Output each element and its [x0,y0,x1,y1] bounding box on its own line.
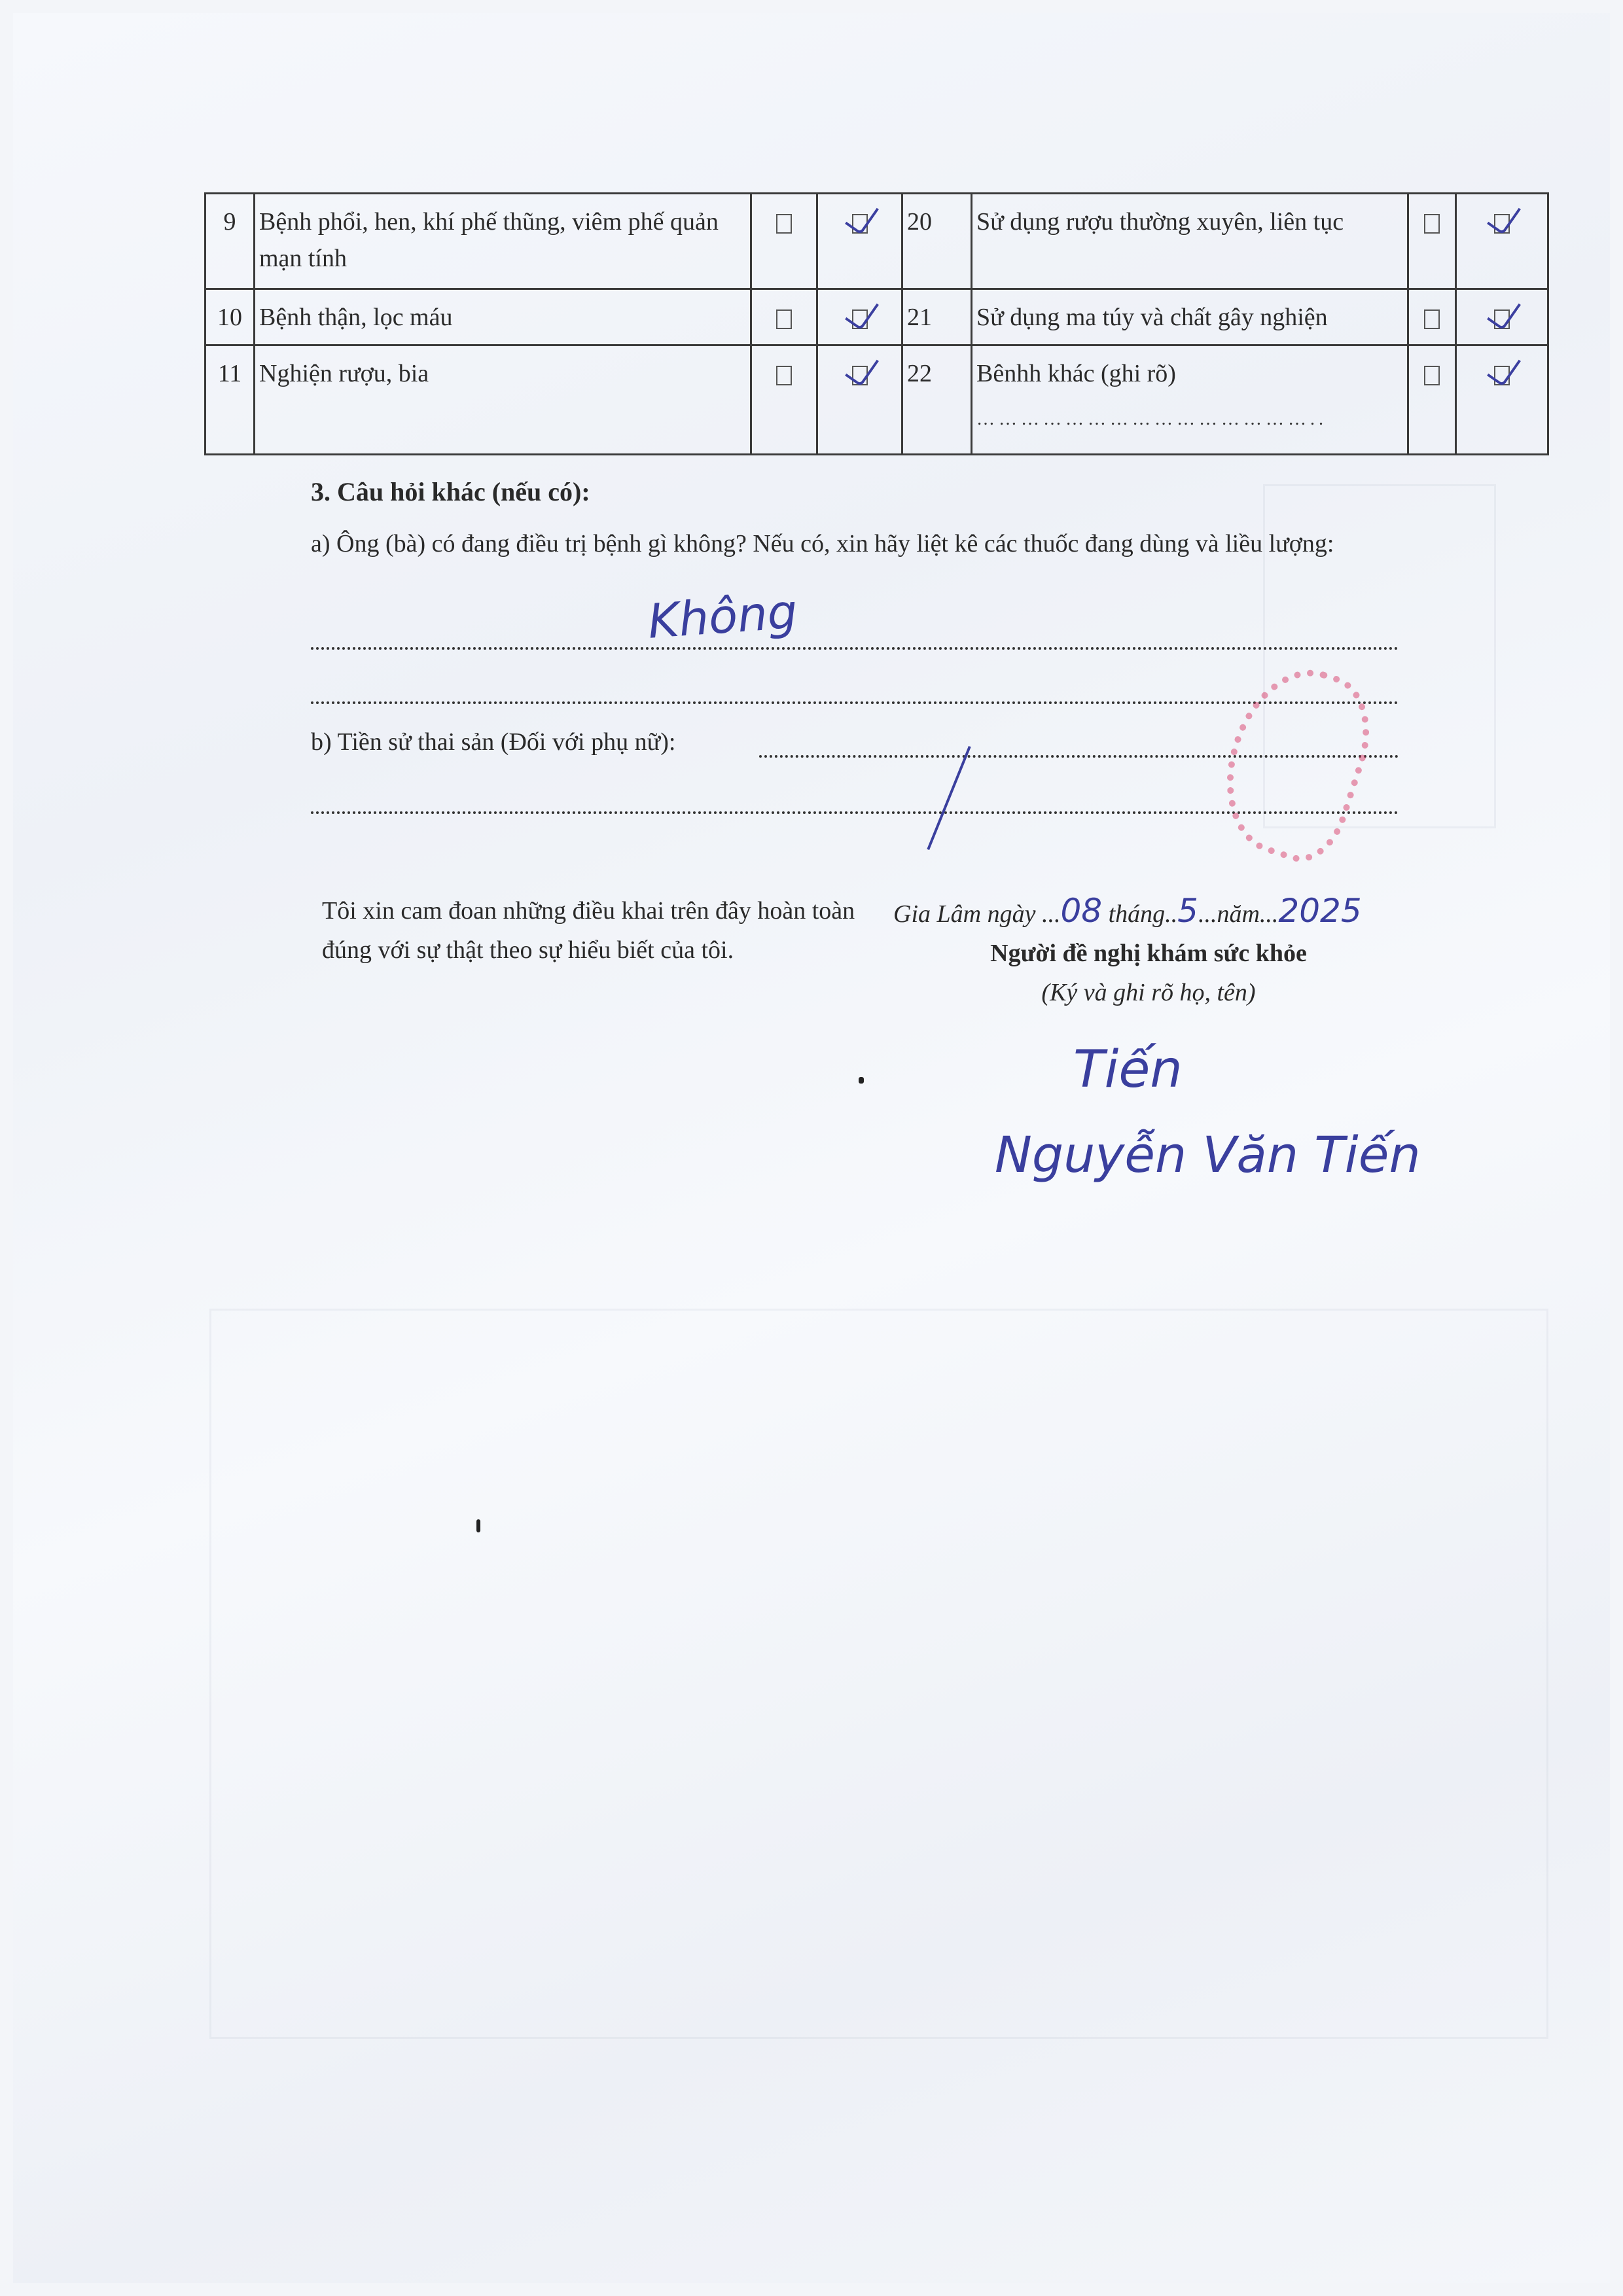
place-name: Gia Lâm [893,900,981,928]
medical-history-table: 9 Bệnh phổi, hen, khí phế thũng, viêm ph… [204,192,1549,455]
row-number: 9 [205,194,255,289]
declaration-text: Tôi xin cam đoan những điều khai trên đâ… [322,891,859,970]
answer-a-line-2[interactable] [311,701,1399,704]
signature-block: Gia Lâm ngày ...08 tháng..5...năm...2025… [880,891,1417,1012]
no-cell [817,289,902,345]
yes-cell [1408,194,1456,289]
other-disease-input[interactable]: ……………………………………….. [976,401,1363,438]
row-label: Sử dụng ma túy và chất gây nghiện [972,289,1408,345]
row-number: 22 [902,345,972,455]
year-label: năm [1217,900,1259,928]
day-label: ngày [988,900,1036,928]
answer-a-line-1[interactable] [311,647,1399,650]
yes-cell [1408,289,1456,345]
bleed-through-table [209,1309,1548,2039]
yes-checkbox[interactable] [776,214,792,234]
row-label: Bênhh khác (ghi rõ) [976,360,1176,387]
row-number: 10 [205,289,255,345]
year-value[interactable]: 2025 [1278,892,1361,930]
yes-checkbox[interactable] [1424,309,1440,329]
month-value[interactable]: 5 [1177,892,1198,930]
row-label: Bệnh phổi, hen, khí phế thũng, viêm phế … [255,194,751,289]
signer-full-name: Nguyễn Văn Tiến [995,1125,1421,1184]
month-label: tháng [1109,900,1166,928]
date-line: Gia Lâm ngày ...08 tháng..5...năm...2025 [880,891,1417,934]
other-disease-cell: Bênhh khác (ghi rõ) ……………………………………….. [972,345,1408,455]
signer-role: Người đề nghị khám sức khỏe [880,934,1417,973]
no-cell [1456,289,1548,345]
table-row: 10 Bệnh thận, lọc máu 21 Sử dụng ma túy … [205,289,1548,345]
row-number: 20 [902,194,972,289]
yes-cell [751,289,817,345]
yes-cell [751,194,817,289]
day-value[interactable]: 08 [1060,892,1102,930]
section-3-title: 3. Câu hỏi khác (nếu có): [311,476,590,507]
row-label: Sử dụng rượu thường xuyên, liên tục [972,194,1408,289]
no-cell [817,345,902,455]
table-row: 9 Bệnh phổi, hen, khí phế thũng, viêm ph… [205,194,1548,289]
yes-checkbox[interactable] [776,309,792,329]
no-checkbox-checked[interactable] [1494,309,1510,329]
row-label: Bệnh thận, lọc máu [255,289,751,345]
question-b: b) Tiền sử thai sản (Đối với phụ nữ): [311,728,675,756]
signature-mark: Tiến [1073,1040,1183,1099]
no-cell [1456,345,1548,455]
no-checkbox-checked[interactable] [1494,366,1510,385]
signature-instruction: (Ký và ghi rõ họ, tên) [880,973,1417,1012]
yes-cell [751,345,817,455]
yes-checkbox[interactable] [1424,366,1440,385]
no-checkbox-checked[interactable] [852,309,868,329]
no-checkbox-checked[interactable] [852,214,868,234]
ink-speck [476,1519,480,1532]
no-checkbox-checked[interactable] [852,366,868,385]
ink-speck [859,1077,864,1084]
yes-cell [1408,345,1456,455]
no-cell [817,194,902,289]
row-number: 11 [205,345,255,455]
row-label: Nghiện rượu, bia [255,345,751,455]
yes-checkbox[interactable] [776,366,792,385]
no-checkbox-checked[interactable] [1494,214,1510,234]
no-cell [1456,194,1548,289]
answer-a-handwritten: Không [646,584,799,649]
table-row: 11 Nghiện rượu, bia 22 Bênhh khác (ghi r… [205,345,1548,455]
yes-checkbox[interactable] [1424,214,1440,234]
question-a: a) Ông (bà) có đang điều trị bệnh gì khô… [311,523,1404,564]
row-number: 21 [902,289,972,345]
